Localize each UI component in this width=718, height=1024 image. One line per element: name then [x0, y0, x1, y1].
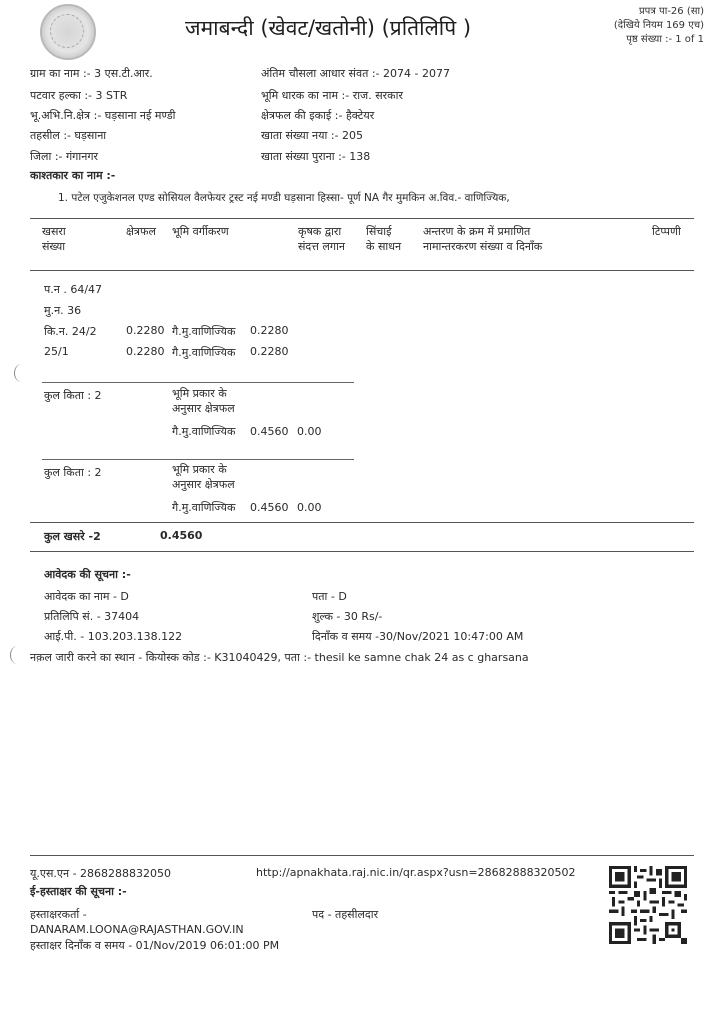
scan-mark: [14, 364, 29, 382]
subtotal-rent: 0.00: [297, 501, 322, 514]
table-row-area: 0.2280: [126, 324, 165, 337]
qr-code-icon: [609, 866, 687, 944]
copy-number: प्रतिलिपि सं. - 37404: [44, 609, 139, 624]
applicant-name: आवेदक का नाम - D: [44, 589, 129, 604]
table-row-classification: गै.मु.वाणिज्यिक: [172, 324, 236, 339]
usn-number: यू.एस.एन - 2868288832050: [30, 866, 171, 881]
table-row-khasra: कि.न. 24/2: [44, 324, 97, 339]
government-seal-icon: [40, 4, 96, 60]
total-khasra-label: कुल खसरे -2: [44, 529, 101, 544]
sign-datetime: हस्ताक्षर दिनाँक व समय - 01/Nov/2019 06:…: [30, 938, 279, 953]
account-number-new: खाता संख्या नया :- 205: [261, 128, 363, 143]
cultivator-entry: 1. पटेल एजुकेशनल एण्ड सोसियल वैलफेयर ट्र…: [58, 191, 510, 205]
header-classification: भूमि वर्गीकरण: [172, 224, 229, 239]
subtotal-label: कुल किता : 2: [44, 465, 102, 480]
subtotal-rent: 0.00: [297, 425, 322, 438]
subtotal-area: 0.4560: [250, 425, 289, 438]
divider: [30, 522, 694, 523]
table-row-area: 0.2280: [126, 345, 165, 358]
divider: [30, 218, 694, 219]
signer-designation: पद - तहसीलदार: [312, 907, 378, 922]
mu-number: मु.न. 36: [44, 303, 81, 318]
issue-datetime: दिनाँक व समय -30/Nov/2021 10:47:00 AM: [312, 629, 523, 644]
land-holder-name: भूमि धारक का नाम :- राज. सरकार: [261, 88, 403, 103]
area-unit: क्षेत्रफल की इकाई :- हैक्टेयर: [261, 108, 374, 123]
issue-place: नक़ल जारी करने का स्थान - कियोस्क कोड :-…: [30, 650, 529, 665]
patta-number: प.न . 64/47: [44, 282, 102, 297]
rule-reference: (देखिये नियम 169 एच): [614, 17, 704, 31]
subtotal-type-label: भूमि प्रकार केअनुसार क्षेत्रफल: [172, 462, 235, 492]
table-row-khasra: 25/1: [44, 345, 69, 358]
scan-mark: [10, 646, 25, 664]
subtotal-label: कुल किता : 2: [44, 388, 102, 403]
tehsil: तहसील :- घड़साना: [30, 128, 106, 143]
header-area: क्षेत्रफल: [126, 224, 156, 239]
header-rent: कृषक द्वारासंदत्त लगान: [298, 224, 345, 254]
divider: [30, 855, 694, 856]
signer-email: DANARAM.LOONA@RAJASTHAN.GOV.IN: [30, 923, 244, 936]
table-row-class-area: 0.2280: [250, 345, 289, 358]
land-record-area: भू.अभि.नि.क्षेत्र :- घड़साना नई मण्डी: [30, 108, 175, 123]
divider: [30, 551, 694, 552]
village-name: ग्राम का नाम :- 3 एस.टी.आर.: [30, 66, 153, 81]
divider: [42, 459, 354, 460]
applicant-address: पता - D: [312, 589, 347, 604]
account-number-old: खाता संख्या पुराना :- 138: [261, 149, 370, 164]
header-khasra: खसरासंख्या: [42, 224, 66, 254]
page-count: पृष्ठ संख्या :- 1 of 1: [626, 31, 704, 45]
signer-label: हस्ताक्षरकर्ता -: [30, 907, 87, 922]
district: जिला :- गंगानगर: [30, 149, 98, 164]
applicant-heading: आवेदक की सूचना :-: [44, 567, 131, 582]
table-row-classification: गै.मु.वाणिज्यिक: [172, 345, 236, 360]
subtotal-classification: गै.मु.वाणिज्यिक: [172, 500, 236, 515]
final-settlement-year: अंतिम चौसला आधार संवत :- 2074 - 2077: [261, 66, 450, 81]
header-mutation: अन्तरण के क्रम में प्रमाणितनामान्तरकरण स…: [423, 224, 542, 254]
cultivator-heading: काश्तकार का नाम :-: [30, 168, 115, 183]
subtotal-classification: गै.मु.वाणिज्यिक: [172, 424, 236, 439]
ip-address: आई.पी. - 103.203.138.122: [44, 629, 182, 644]
patwar-halka: पटवार हल्का :- 3 STR: [30, 88, 127, 103]
document-title: जमाबन्दी (खेवट/खतोनी) (प्रतिलिपि ): [185, 14, 471, 42]
total-area: 0.4560: [160, 529, 202, 542]
subtotal-area: 0.4560: [250, 501, 289, 514]
esign-heading: ई-हस्ताक्षर की सूचना :-: [30, 884, 127, 899]
table-row-class-area: 0.2280: [250, 324, 289, 337]
fee: शुल्क - 30 Rs/-: [312, 609, 382, 624]
subtotal-type-label: भूमि प्रकार केअनुसार क्षेत्रफल: [172, 386, 235, 416]
divider: [42, 382, 354, 383]
header-remarks: टिप्पणी: [652, 224, 681, 239]
divider: [30, 270, 694, 271]
header-irrigation: सिंचाईके साधन: [366, 224, 401, 254]
form-reference: प्रपत्र पा-26 (सा): [639, 3, 704, 17]
verification-url[interactable]: http://apnakhata.raj.nic.in/qr.aspx?usn=…: [256, 866, 576, 879]
